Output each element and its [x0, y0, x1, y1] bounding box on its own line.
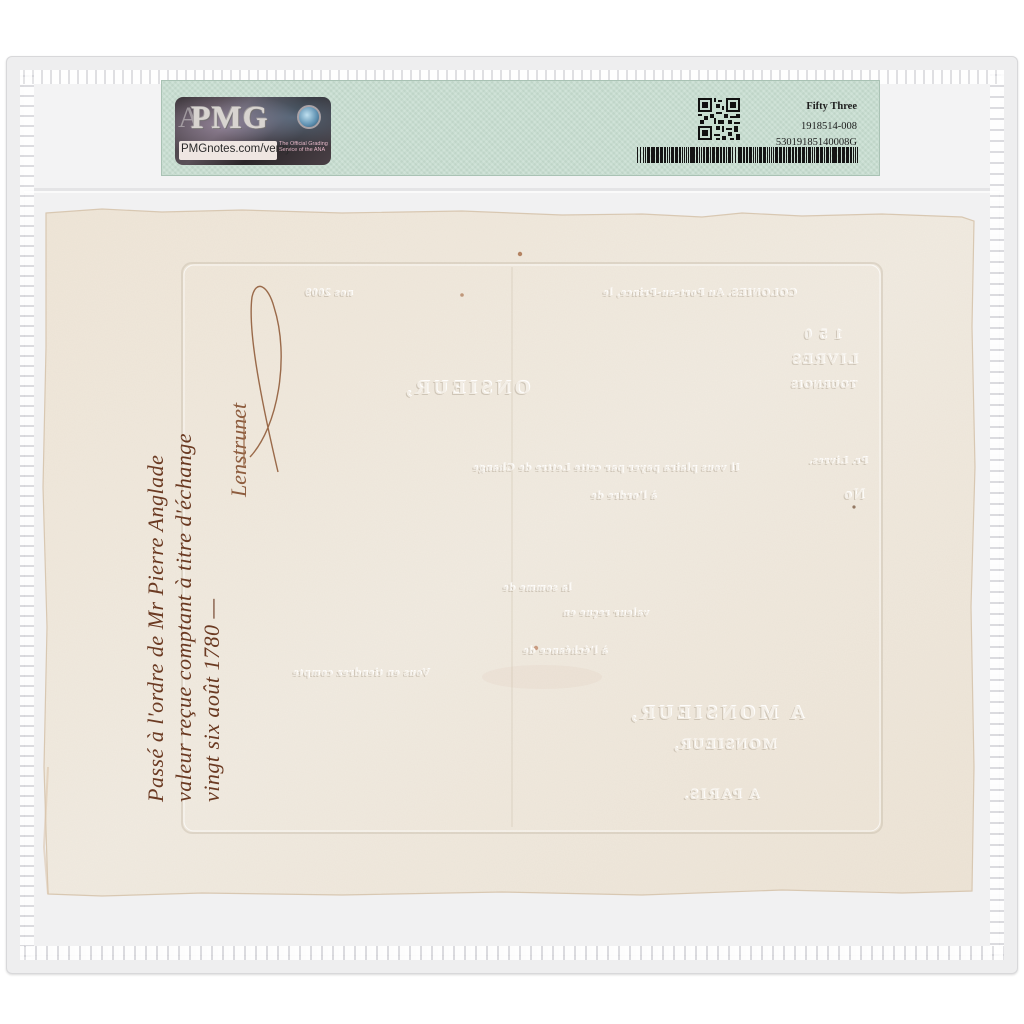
qr-code-icon[interactable]	[698, 98, 740, 140]
emboss-header-right: COLONIES. Au Port-au-Prince, le	[602, 287, 796, 299]
emboss-body-4: à l'échéance de	[522, 645, 607, 657]
emboss-amount-0: 1 5 0	[802, 327, 842, 344]
certification-label: A PMG PMGnotes.com/verify The Official G…	[161, 80, 880, 176]
emboss-label-pr: Pr. Livres.	[808, 455, 868, 467]
grade-block: Fifty Three 1918514-008 53019185140008G	[776, 100, 857, 150]
endorsement-line: Passé à l'ordre de Mr Pierre Anglade	[142, 433, 170, 802]
endorsement-line: vingt six août 1780 —	[198, 433, 226, 802]
emboss-addressee: A MONSIEUR,	[627, 702, 804, 725]
emboss-body-2: la somme de	[502, 582, 571, 594]
emboss-amount-2: TOURNOIS	[790, 379, 856, 391]
emboss-label-no: No	[842, 487, 864, 504]
emboss-header-left: nos 2009	[304, 287, 353, 299]
handwritten-endorsement: Passé à l'ordre de Mr Pierre Anglade val…	[142, 433, 226, 802]
emboss-addressee-city: A PARIS.	[682, 787, 759, 804]
pmg-hologram: A PMG PMGnotes.com/verify The Official G…	[175, 97, 331, 165]
signature: Lenstrunet	[226, 403, 252, 497]
emboss-salutation: ONSIEUR,	[402, 377, 530, 400]
endorsement-line: valeur reçue comptant à titre d'échange	[170, 433, 198, 802]
cert-number: 1918514-008	[776, 120, 857, 134]
banknote-reverse: nos 2009 COLONIES. Au Port-au-Prince, le…	[42, 207, 976, 897]
emboss-body-0: Il vous plaira payer par cette Lettre de…	[472, 462, 739, 474]
screenshot-root: A PMG PMGnotes.com/verify The Official G…	[0, 0, 1024, 1024]
emboss-body-3: valeur reçue en	[562, 607, 649, 619]
verify-url[interactable]: PMGnotes.com/verify	[181, 143, 291, 155]
barcode-icon[interactable]	[637, 147, 859, 163]
pmg-brand-text: PMG	[191, 99, 269, 136]
emboss-body-1: à l'ordre de	[590, 490, 656, 502]
emboss-addressee-title: MONSIEUR,	[672, 737, 776, 754]
hologram-seal-icon	[297, 105, 321, 129]
emboss-body-5: Vous en tiendrez compte	[292, 667, 430, 679]
grade-name: Fifty Three	[776, 100, 857, 114]
ana-tagline: The Official Grading Service of the ANA	[279, 141, 329, 153]
emboss-amount-1: LIVRES	[790, 352, 858, 369]
